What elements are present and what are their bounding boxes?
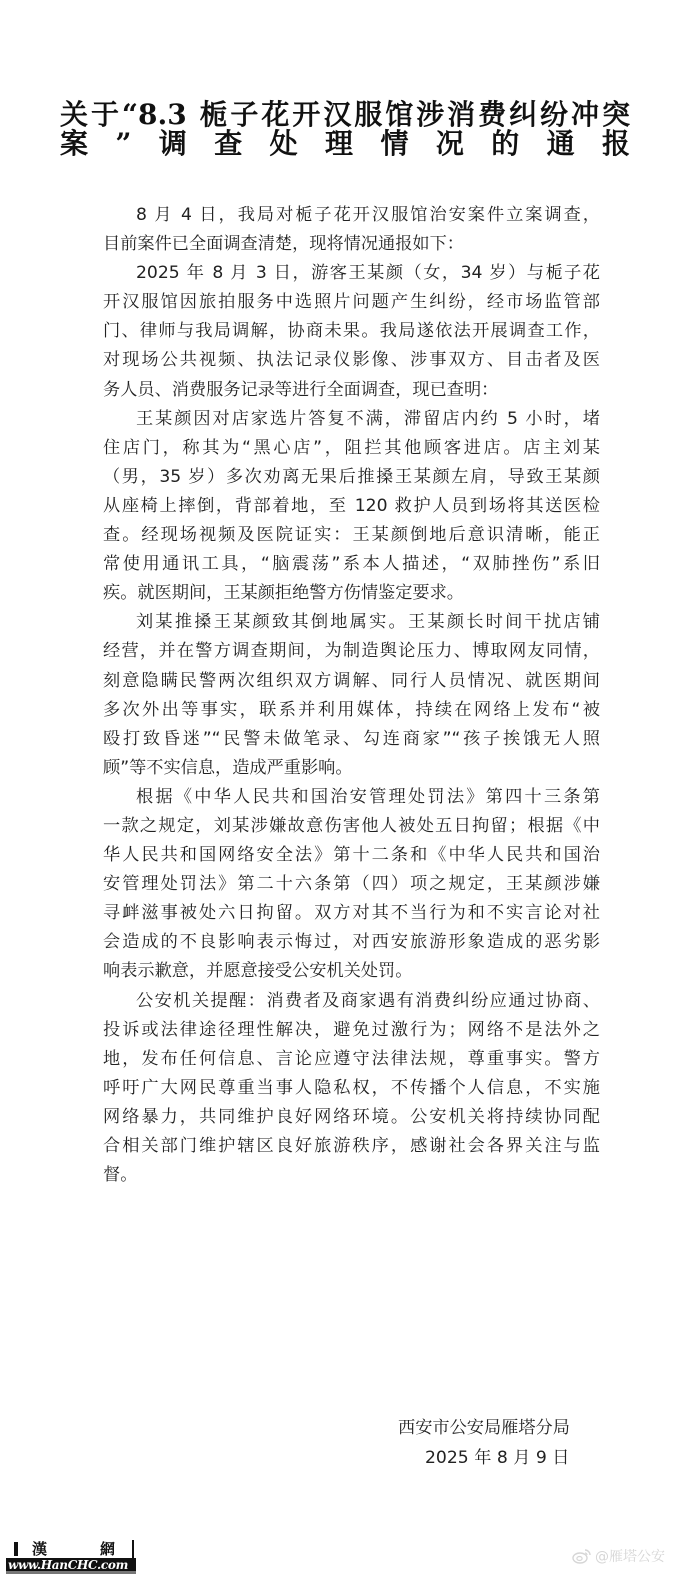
text-line: 网络暴力，共同维护良好网络环境。公安机关将持续协同配: [103, 1103, 600, 1132]
text-line: 查。经现场视频及医院证实：王某颜倒地后意识清晰，能正: [103, 521, 600, 550]
text-line: 经营，并在警方调查期间，为制造舆论压力、博取网友同情，: [103, 637, 600, 666]
paragraph-intro: 8 月 4 日，我局对栀子花开汉服馆治安案件立案调查， 目前案件已全面调查清楚，…: [103, 201, 600, 259]
text-line: 呼吁广大网民尊重当事人隐私权，不传播个人信息，不实施: [103, 1074, 600, 1103]
text-line: 刘某推搡王某颜致其倒地属实。王某颜长时间干扰店铺: [103, 608, 600, 637]
document-title: 关于“8.3 栀子花开汉服馆涉消费纠纷冲突 案”调查处理情况的通报: [60, 96, 630, 154]
text-line: 8 月 4 日，我局对栀子花开汉服馆治安案件立案调查，: [103, 201, 600, 230]
text-line: 疾。就医期间，王某颜拒绝警方伤情鉴定要求。: [103, 579, 600, 608]
document-page: 关于“8.3 栀子花开汉服馆涉消费纠纷冲突 案”调查处理情况的通报 8 月 4 …: [0, 0, 690, 1575]
paragraph-conclusion: 刘某推搡王某颜致其倒地属实。王某颜长时间干扰店铺 经营，并在警方调查期间，为制造…: [103, 608, 600, 783]
paragraph-reminder: 公安机关提醒：消费者及商家遇有消费纠纷应通过协商、 投诉或法律途径理性解决，避免…: [103, 987, 600, 1191]
text-line: 殴打致昏迷”“民警未做笔录、勾连商家”“孩子挨饿无人照: [103, 725, 600, 754]
text-line: （男，35 岁）多次劝离无果后推搡王某颜左肩，导致王某颜: [103, 463, 600, 492]
text-line: 公安机关提醒：消费者及商家遇有消费纠纷应通过协商、: [103, 987, 600, 1016]
text-line: 安管理处罚法》第二十六条第（四）项之规定，王某颜涉嫌: [103, 870, 600, 899]
text-line: 常使用通讯工具，“脑震荡”系本人描述，“双肺挫伤”系旧: [103, 550, 600, 579]
text-line: 寻衅滋事被处六日拘留。双方对其不当行为和不实言论对社: [103, 899, 600, 928]
text-line: 多次外出等事实，联系并利用媒体，持续在网络上发布“被: [103, 696, 600, 725]
text-line: 投诉或法律途径理性解决，避免过激行为；网络不是法外之: [103, 1016, 600, 1045]
text-line: 顾”等不实信息，造成严重影响。: [103, 754, 600, 783]
text-line: 开汉服馆因旅拍服务中选照片问题产生纠纷，经市场监管部: [103, 288, 600, 317]
text-line: 对现场公共视频、执法记录仪影像、涉事双方、目击者及医: [103, 346, 600, 375]
paragraph-background: 2025 年 8 月 3 日，游客王某颜（女，34 岁）与栀子花 开汉服馆因旅拍…: [103, 259, 600, 404]
signature-block: 西安市公安局雁塔分局 2025 年 8 月 9 日: [390, 1413, 620, 1473]
watermark-underbar: [6, 1571, 136, 1574]
issue-date: 2025 年 8 月 9 日: [390, 1443, 620, 1473]
text-line: 会造成的不良影响表示悔过，对西安旅游形象造成的恶劣影: [103, 928, 600, 957]
title-line: 案”调查处理情况的通报: [60, 125, 630, 154]
paragraph-findings: 王某颜因对店家选片答复不满，滞留店内约 5 小时，堵 住店门，称其为“黑心店”，…: [103, 405, 600, 609]
text-line: 门、律师与我局调解，协商未果。我局遂依法开展调查工作，: [103, 317, 600, 346]
text-line: 地，发布任何信息、言论应遵守法律法规，尊重事实。警方: [103, 1045, 600, 1074]
logo-bar-icon: [132, 1540, 134, 1558]
text-line: 住店门，称其为“黑心店”，阻拦其他顾客进店。店主刘某: [103, 434, 600, 463]
weibo-handle: @雁塔公安: [595, 1546, 665, 1566]
text-line: 华人民共和国网络安全法》第十二条和《中华人民共和国治: [103, 841, 600, 870]
text-line: 响表示歉意，并愿意接受公安机关处罚。: [103, 957, 600, 986]
watermark-char: 網: [100, 1540, 115, 1558]
watermark-url: www.HanCHC.com: [6, 1558, 136, 1572]
text-line: 根据《中华人民共和国治安管理处罚法》第四十三条第: [103, 783, 600, 812]
hanchc-watermark: 漢 網 www.HanCHC.com: [4, 1540, 134, 1574]
text-line: 一款之规定，刘某涉嫌故意伤害他人被处五日拘留；根据《中: [103, 812, 600, 841]
weibo-watermark: @雁塔公安: [572, 1546, 665, 1566]
watermark-char: 漢: [32, 1540, 47, 1558]
logo-bar-icon: [14, 1542, 18, 1556]
text-line: 从座椅上摔倒，背部着地，至 120 救护人员到场将其送医检: [103, 492, 600, 521]
title-line: 关于“8.3 栀子花开汉服馆涉消费纠纷冲突: [60, 96, 630, 125]
text-line: 合相关部门维护辖区良好旅游秩序，感谢社会各界关注与监: [103, 1132, 600, 1161]
text-line: 王某颜因对店家选片答复不满，滞留店内约 5 小时，堵: [103, 405, 600, 434]
issuing-organization: 西安市公安局雁塔分局: [390, 1413, 620, 1443]
watermark-logo: 漢 網: [14, 1540, 129, 1558]
document-body: 8 月 4 日，我局对栀子花开汉服馆治安案件立案调查， 目前案件已全面调查清楚，…: [103, 201, 600, 1190]
text-line: 督。: [103, 1161, 600, 1190]
text-line: 刻意隐瞒民警两次组织双方调解、同行人员情况、就医期间: [103, 667, 600, 696]
text-line: 2025 年 8 月 3 日，游客王某颜（女，34 岁）与栀子花: [103, 259, 600, 288]
text-line: 务人员、消费服务记录等进行全面调查，现已查明：: [103, 376, 600, 405]
weibo-icon: [572, 1548, 592, 1564]
text-line: 目前案件已全面调查清楚，现将情况通报如下：: [103, 230, 600, 259]
paragraph-penalty: 根据《中华人民共和国治安管理处罚法》第四十三条第 一款之规定，刘某涉嫌故意伤害他…: [103, 783, 600, 987]
